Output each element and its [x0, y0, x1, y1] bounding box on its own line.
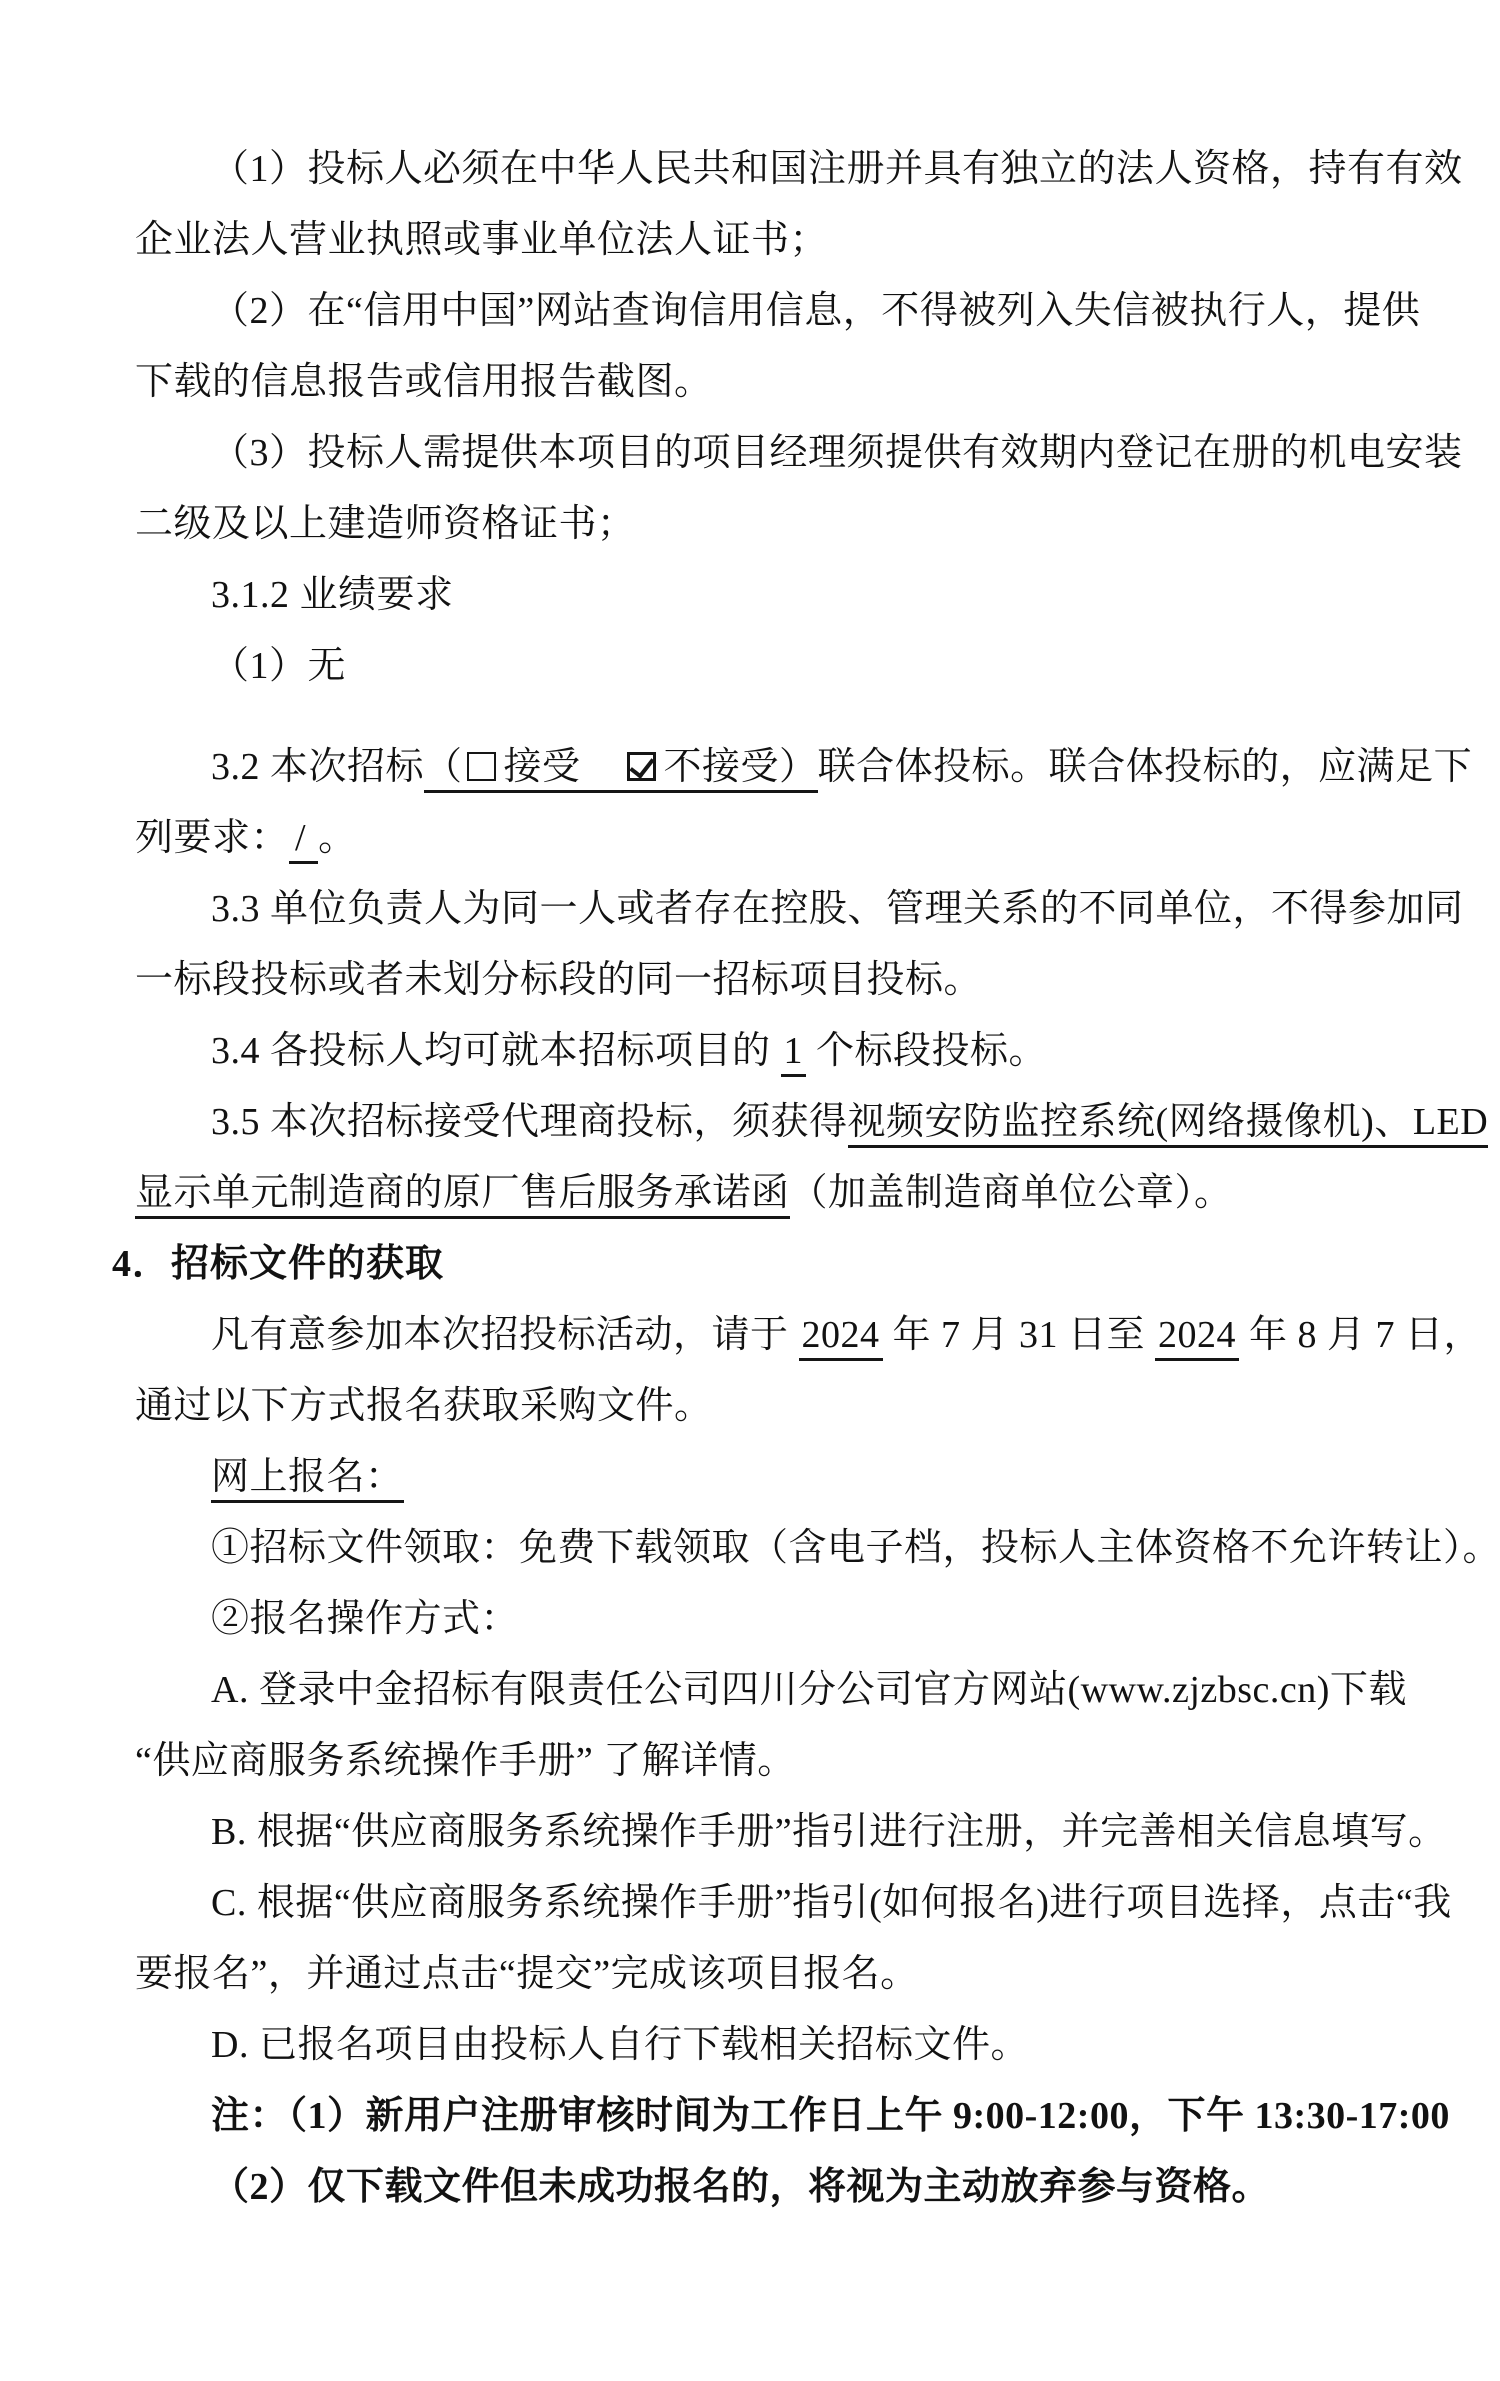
checkbox-not-accept-checked	[627, 752, 656, 781]
step-b-line: B. 根据“供应商服务系统操作手册”指引进行注册，并完善相关信息填写。	[135, 1797, 1407, 1868]
clause-3-2-consortium-choice-group: （接受不接受）	[424, 746, 818, 793]
step-c-line-1: C. 根据“供应商服务系统操作手册”指引(如何报名)进行项目选择，点击“我	[135, 1868, 1407, 1939]
paren-open: （	[424, 746, 463, 788]
note-2-forfeit-warning: （2）仅下载文件但未成功报名的，将视为主动放弃参与资格。	[135, 2152, 1407, 2223]
clause-3-2-prefix: 3.2 本次招标	[211, 746, 424, 788]
online-registration-label: 网上报名：	[135, 1442, 1407, 1513]
clause-3-4-prefix: 3.4 各投标人均可就本招标项目的	[211, 1030, 771, 1072]
warranty-scope-underlined-2: 显示单元制造商的原厂售后服务承诺函	[135, 1172, 790, 1219]
lot-count-underlined: 1	[781, 1030, 807, 1077]
clause-3-2-requirement-label: 列要求：	[135, 817, 289, 859]
checkbox-accept-unchecked	[467, 752, 496, 781]
online-registration-underlined: 网上报名：	[211, 1456, 404, 1503]
clause-3-1-2-heading: 3.1.2 业绩要求	[135, 560, 1407, 631]
registration-period-mid: 年 7 月 31 日至	[893, 1314, 1146, 1356]
step-a-line-2: “供应商服务系统操作手册” 了解详情。	[135, 1726, 1407, 1797]
clause-2-credit-line-1: （2）在“信用中国”网站查询信用信息，不得被列入失信被执行人，提供	[135, 276, 1407, 347]
item-2-registration-method: ②报名操作方式：	[135, 1584, 1407, 1655]
note-1-review-hours: 注：（1）新用户注册审核时间为工作日上午 9:00-12:00，下午 13:30…	[135, 2081, 1407, 2152]
clause-3-5-line-1: 3.5 本次招标接受代理商投标，须获得视频安防监控系统(网络摄像机)、LED	[135, 1087, 1407, 1158]
clause-3-4-suffix: 个标段投标。	[816, 1030, 1047, 1072]
clause-3-2-line-2: 列要求：/。	[135, 803, 1407, 874]
clause-3-1-2-item-none: （1）无	[135, 631, 1407, 702]
clause-2-credit-line-2: 下载的信息报告或信用报告截图。	[135, 347, 1407, 418]
clause-3-5-prefix: 3.5 本次招标接受代理商投标，须获得	[211, 1101, 848, 1143]
period: 。	[318, 817, 357, 859]
clause-1-qualification-line-2: 企业法人营业执照或事业单位法人证书；	[135, 205, 1407, 276]
section-4-heading: 4．招标文件的获取	[112, 1229, 1407, 1300]
not-accept-label: 不接受）	[664, 746, 818, 788]
clause-3-3-line-2: 一标段投标或者未划分标段的同一招标项目投标。	[135, 945, 1407, 1016]
registration-period-line-1: 凡有意参加本次招投标活动，请于 2024 年 7 月 31 日至 2024 年 …	[135, 1300, 1407, 1371]
clause-3-4-line: 3.4 各投标人均可就本招标项目的 1 个标段投标。	[135, 1016, 1407, 1087]
step-d-line: D. 已报名项目由投标人自行下载相关招标文件。	[135, 2010, 1407, 2081]
year-start-underlined: 2024	[799, 1314, 883, 1361]
clause-3-2-suffix: 联合体投标。联合体投标的，应满足下	[818, 746, 1473, 788]
clause-1-qualification-line-1: （1）投标人必须在中华人民共和国注册并具有独立的法人资格，持有有效	[135, 134, 1407, 205]
clause-3-5-line-2: 显示单元制造商的原厂售后服务承诺函（加盖制造商单位公章）。	[135, 1158, 1407, 1229]
registration-period-line-2: 通过以下方式报名获取采购文件。	[135, 1371, 1407, 1442]
blank-slash-fill: /	[289, 817, 318, 864]
document-page: （1）投标人必须在中华人民共和国注册并具有独立的法人资格，持有有效 企业法人营业…	[0, 0, 1500, 2381]
registration-period-suffix: 年 8 月 7 日，	[1249, 1314, 1482, 1356]
clause-3-manager-cert-line-1: （3）投标人需提供本项目的项目经理须提供有效期内登记在册的机电安装	[135, 418, 1407, 489]
document-body: （1）投标人必须在中华人民共和国注册并具有独立的法人资格，持有有效 企业法人营业…	[135, 134, 1407, 2223]
clause-3-2-line-1: 3.2 本次招标（接受不接受）联合体投标。联合体投标的，应满足下	[135, 732, 1407, 803]
accept-label: 接受	[504, 746, 581, 788]
step-c-line-2: 要报名”，并通过点击“提交”完成该项目报名。	[135, 1939, 1407, 2010]
clause-3-3-line-1: 3.3 单位负责人为同一人或者存在控股、管理关系的不同单位，不得参加同	[135, 874, 1407, 945]
clause-3-5-suffix: （加盖制造商单位公章）。	[790, 1172, 1233, 1214]
year-end-underlined: 2024	[1155, 1314, 1239, 1361]
step-a-line-1: A. 登录中金招标有限责任公司四川分公司官方网站(www.zjzbsc.cn)下…	[135, 1655, 1407, 1726]
item-1-document-collection: ①招标文件领取：免费下载领取（含电子档，投标人主体资格不允许转让）。	[135, 1513, 1407, 1584]
registration-period-prefix: 凡有意参加本次招投标活动，请于	[211, 1314, 789, 1356]
clause-3-manager-cert-line-2: 二级及以上建造师资格证书；	[135, 489, 1407, 560]
warranty-scope-underlined-1: 视频安防监控系统(网络摄像机)、LED	[848, 1101, 1489, 1148]
